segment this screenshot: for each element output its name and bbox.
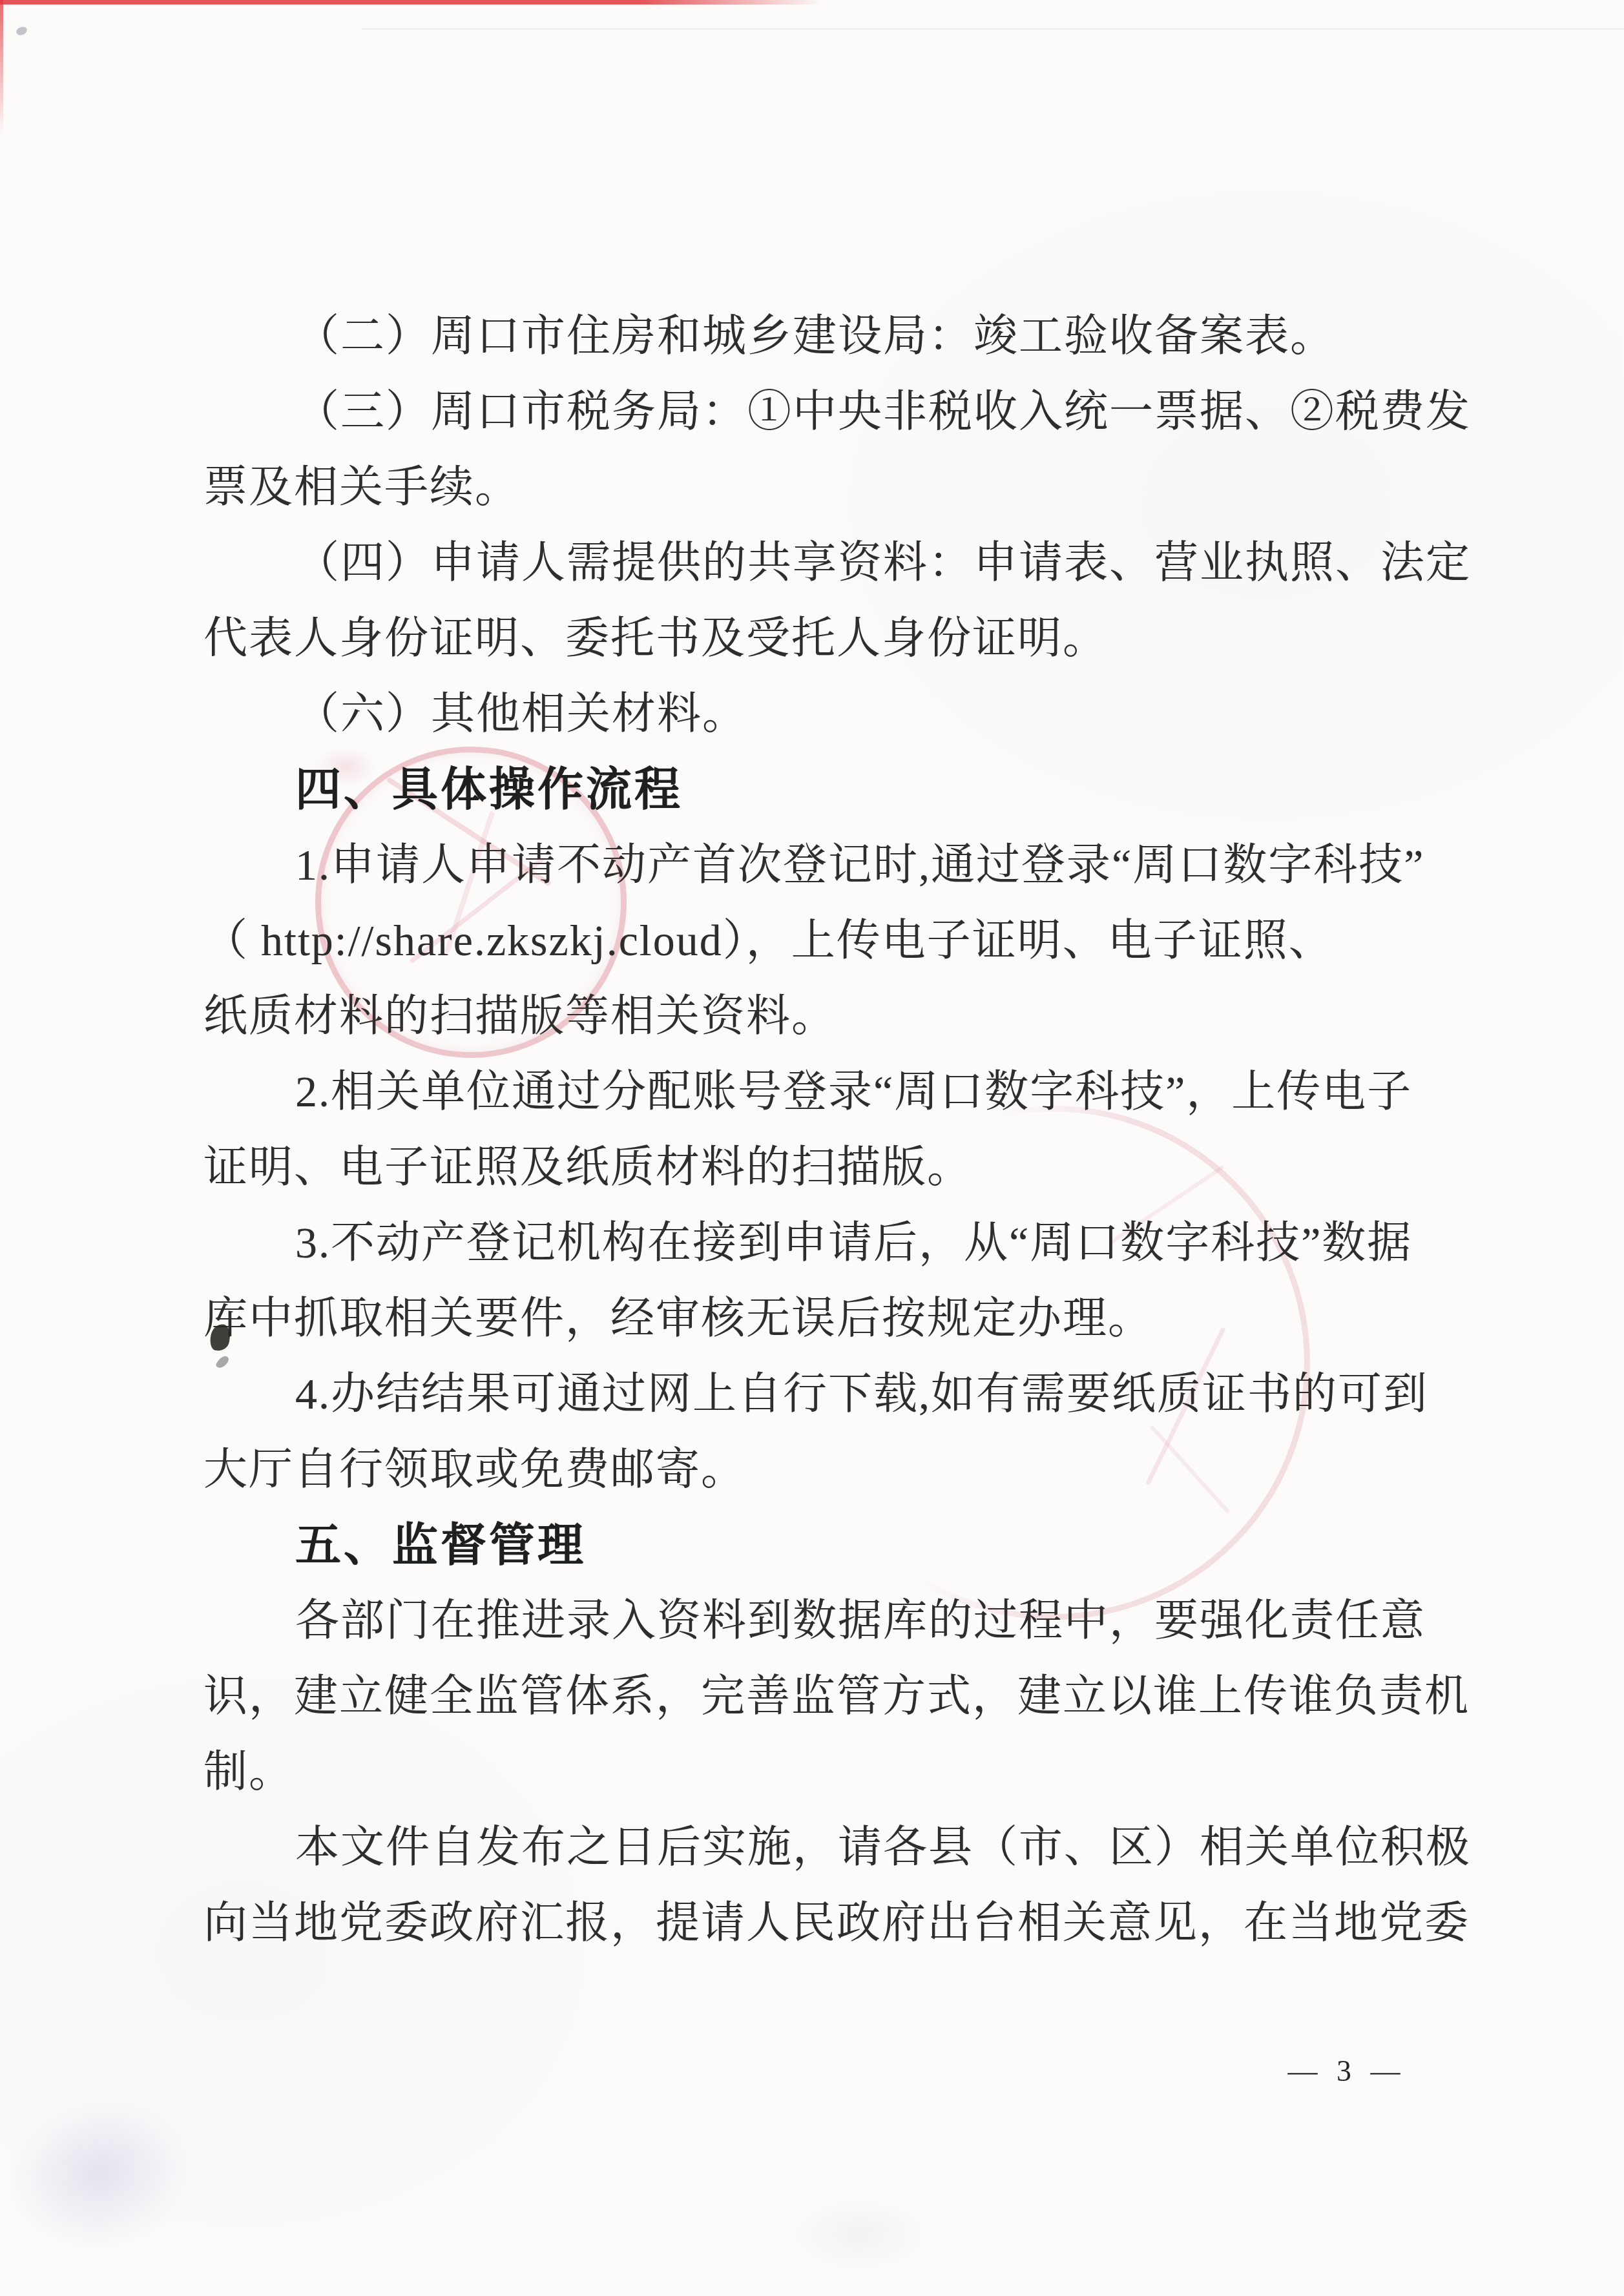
scan-edge-artifact-left — [0, 0, 3, 136]
section-heading-four: 四、具体操作流程 — [203, 752, 1400, 827]
text-line: 向当地党委政府汇报，提请人民政府出台相关意见，在当地党委 — [203, 1885, 1400, 1961]
text-line: 制。 — [203, 1734, 1400, 1810]
text-line: 库中抓取相关要件，经审核无误后按规定办理。 — [203, 1281, 1400, 1356]
text-line: 票及相关手续。 — [203, 450, 1400, 525]
text-line: 各部门在推进录入资料到数据库的过程中，要强化责任意 — [203, 1583, 1400, 1659]
section-heading-five: 五、监督管理 — [203, 1507, 1400, 1583]
corner-speck — [16, 26, 28, 36]
text-line: 本文件自发布之日后实施，请各县（市、区）相关单位积极 — [203, 1810, 1400, 1885]
text-line: （三）周口市税务局：①中央非税收入统一票据、②税费发 — [203, 374, 1400, 450]
text-line: （六）其他相关材料。 — [203, 676, 1400, 752]
text-line: 2.相关单位通过分配账号登录“周口数字科技”，上传电子 — [203, 1054, 1400, 1130]
text-line: 识，建立健全监管体系，完善监管方式，建立以谁上传谁负责机 — [203, 1659, 1400, 1734]
text-line: 大厅自行领取或免费邮寄。 — [203, 1432, 1400, 1507]
text-line: 纸质材料的扫描版等相关资料。 — [203, 978, 1400, 1054]
text-line: 3.不动产登记机构在接到申请后，从“周口数字科技”数据 — [203, 1205, 1400, 1281]
scan-edge-artifact-top — [0, 0, 824, 5]
text-line-url: （ http://share.zkszkj.cloud），上传电子证明、电子证照… — [203, 903, 1400, 978]
text-line: 证明、电子证照及纸质材料的扫描版。 — [203, 1130, 1400, 1205]
text-line: （二）周口市住房和城乡建设局：竣工验收备案表。 — [203, 298, 1400, 374]
paper-smudge — [762, 2183, 956, 2286]
scanned-document-page: （二）周口市住房和城乡建设局：竣工验收备案表。 （三）周口市税务局：①中央非税收… — [0, 0, 1624, 2296]
page-number: — 3 — — [1276, 2054, 1418, 2088]
paper-fold-line — [362, 28, 1624, 30]
text-line: （四）申请人需提供的共享资料：申请表、营业执照、法定 — [203, 525, 1400, 601]
text-line: 1.申请人申请不动产首次登记时,通过登录“周口数字科技” — [203, 827, 1400, 903]
text-line: 代表人身份证明、委托书及受托人身份证明。 — [203, 601, 1400, 676]
document-text-block: （二）周口市住房和城乡建设局：竣工验收备案表。 （三）周口市税务局：①中央非税收… — [203, 298, 1400, 1961]
text-line: 4.办结结果可通过网上自行下载,如有需要纸质证书的可到 — [203, 1356, 1400, 1432]
paper-smudge — [0, 2049, 245, 2296]
